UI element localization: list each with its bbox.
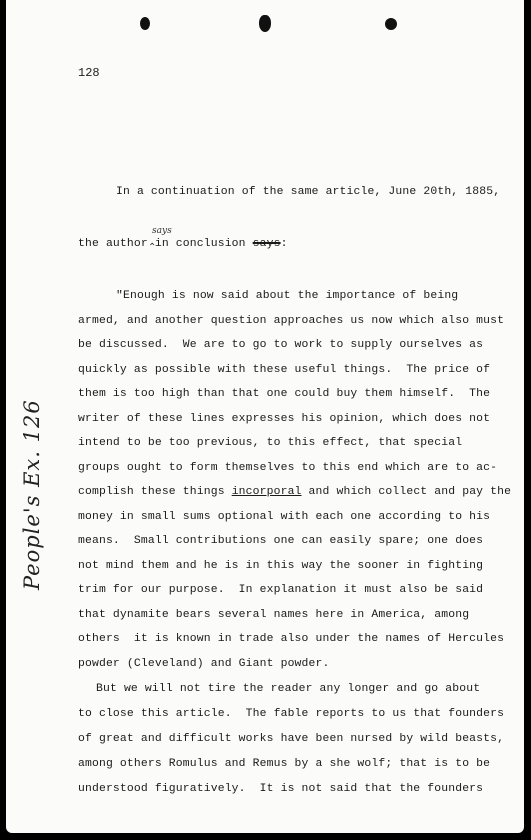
text-line: not mind them and he is in this way the …	[78, 560, 483, 572]
text-line: writer of these lines expresses his opin…	[78, 413, 490, 425]
text-line: among others Romulus and Remus by a she …	[78, 758, 490, 770]
page-number: 128	[78, 66, 100, 80]
text-line: But we will not tire the reader any long…	[96, 683, 480, 695]
punch-hole	[140, 17, 150, 30]
paragraph-1: "Enough is now said about the importance…	[78, 290, 106, 506]
text-line: trim for our purpose. In explanation it …	[78, 584, 483, 596]
text-line: others it is known in trade also under t…	[78, 633, 504, 645]
text-line: "Enough is now said about the importance…	[116, 290, 458, 302]
text-line: understood figuratively. It is not said …	[78, 783, 483, 795]
paragraph-2: But we will not tire the reader any long…	[78, 683, 106, 767]
text-line: be discussed. We are to go to work to su…	[78, 339, 483, 351]
text-line: intend to be too previous, to this effec…	[78, 437, 462, 449]
text-line: groups ought to form themselves to this …	[78, 462, 497, 474]
punch-hole	[385, 18, 397, 30]
handwritten-insert: says	[152, 226, 172, 236]
punch-hole	[259, 15, 271, 32]
text-line: powder (Cleveland) and Giant powder.	[78, 658, 329, 670]
text-line: complish these things incorporal and whi…	[78, 486, 511, 498]
text-line: armed, and another question approaches u…	[78, 315, 504, 327]
text-line: that dynamite bears several names here i…	[78, 609, 469, 621]
text-line: to close this article. The fable reports…	[78, 708, 504, 720]
text-line: of great and difficult works have been n…	[78, 733, 504, 745]
document-page: 128 People's Ex. 126 In a continuation o…	[6, 0, 524, 833]
struck-word: says	[253, 238, 281, 250]
intro-line-2: the author in conclusion says:	[78, 238, 288, 250]
text-line: means. Small contributions one can easil…	[78, 535, 483, 547]
text-line: quickly as possible with these useful th…	[78, 364, 490, 376]
margin-annotation: People's Ex. 126	[20, 399, 44, 590]
text-line: them is too high than that one could buy…	[78, 388, 490, 400]
underlined-word: incorporal	[232, 486, 302, 498]
text-line: money in small sums optional with each o…	[78, 511, 490, 523]
intro-line-1: In a continuation of the same article, J…	[116, 186, 500, 198]
